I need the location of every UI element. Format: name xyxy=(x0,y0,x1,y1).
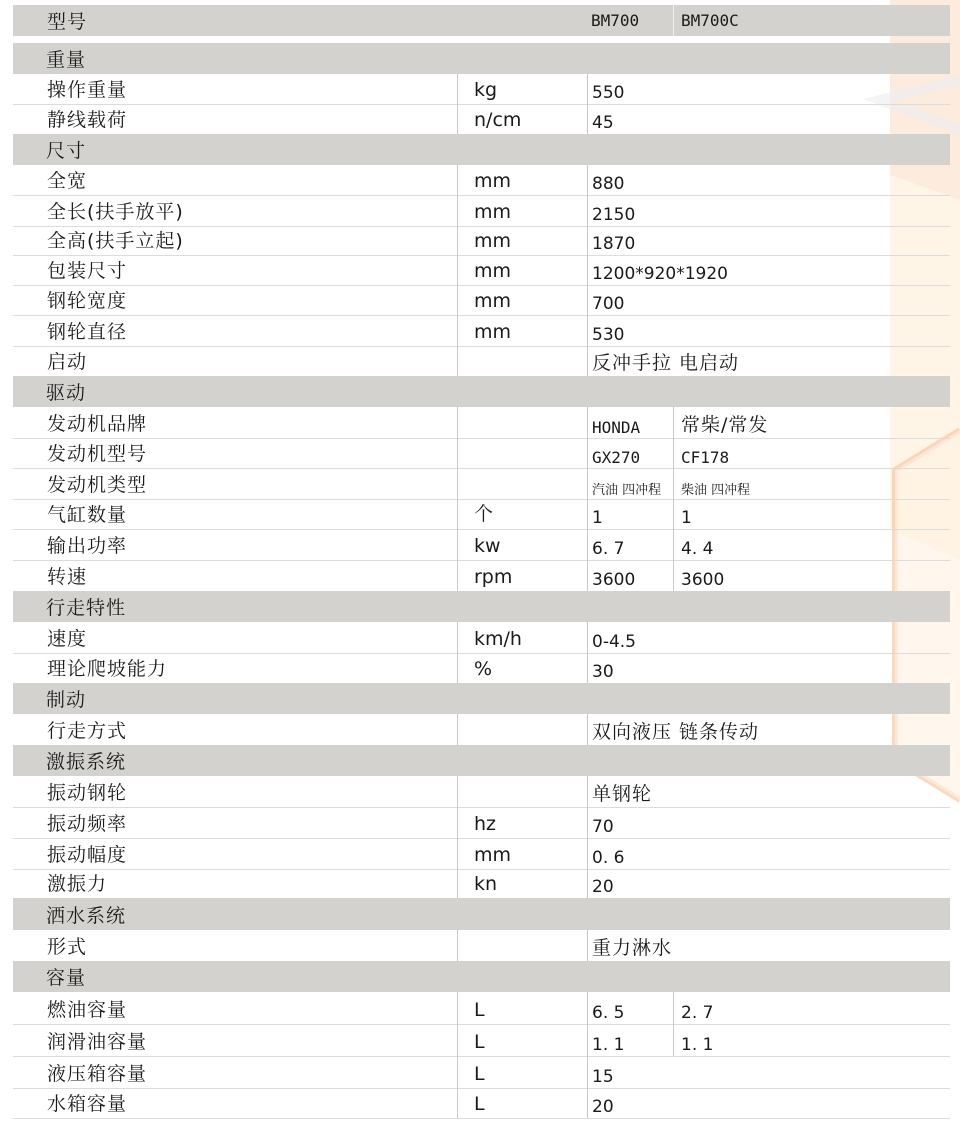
spec-unit: L xyxy=(457,1024,587,1056)
spec-value-bm700: 45 xyxy=(587,104,673,134)
spec-label: 静线载荷 xyxy=(47,104,457,134)
spec-value-bm700c: 4. 4 xyxy=(673,529,873,560)
spec-value-bm700: 1 xyxy=(587,499,673,529)
spec-value-bm700: 汽油 四冲程 xyxy=(587,468,673,499)
spec-value-bm700: 70 xyxy=(587,807,673,838)
spec-row: 全宽mm880 xyxy=(13,165,950,196)
spec-label: 水箱容量 xyxy=(47,1088,457,1118)
section-title: 激振系统 xyxy=(46,745,456,776)
spec-row: 全高(扶手立起)mm1870 xyxy=(13,226,950,256)
spec-unit xyxy=(457,438,587,468)
spec-value-bm700: 6. 7 xyxy=(587,529,673,560)
spec-unit: mm xyxy=(457,165,587,195)
spec-value-bm700c: 3600 xyxy=(673,560,873,591)
spec-row: 形式重力淋水 xyxy=(13,930,950,962)
spec-label: 钢轮直径 xyxy=(47,315,457,346)
spec-label: 输出功率 xyxy=(47,529,457,560)
section-title: 洒水系统 xyxy=(46,898,456,930)
spec-row: 钢轮直径mm530 xyxy=(13,315,950,347)
spec-value-bm700: HONDA xyxy=(587,407,673,438)
spec-row: 振动幅度mm0. 6 xyxy=(13,838,950,870)
spec-row: 启动反冲手拉 电启动 xyxy=(13,346,950,377)
spec-value-bm700: 0. 6 xyxy=(587,838,673,869)
spec-label: 发动机型号 xyxy=(47,438,457,468)
spec-value-bm700c: 2. 7 xyxy=(673,992,873,1024)
spec-label: 发动机类型 xyxy=(47,468,457,499)
section-header: 尺寸 xyxy=(13,134,950,165)
spec-unit xyxy=(457,346,587,376)
spec-unit: mm xyxy=(457,315,587,346)
section-header: 驱动 xyxy=(13,376,950,407)
spec-value-bm700: 1200*920*1920 xyxy=(587,255,673,285)
spec-value-bm700: 15 xyxy=(587,1056,673,1088)
header-row: 型号 BM700 BM700C xyxy=(13,5,950,36)
spec-unit: kg xyxy=(457,74,587,104)
spec-label: 发动机品牌 xyxy=(47,407,457,438)
section-header: 容量 xyxy=(13,961,950,992)
section-header: 激振系统 xyxy=(13,745,950,776)
spec-label: 行走方式 xyxy=(47,714,457,745)
spec-row: 发动机类型汽油 四冲程柴油 四冲程 xyxy=(13,468,950,500)
spec-unit: mm xyxy=(457,838,587,869)
spec-value-bm700: 1870 xyxy=(587,226,673,255)
spec-unit: % xyxy=(457,653,587,683)
spec-label: 燃油容量 xyxy=(47,992,457,1024)
spec-row: 输出功率kw6. 74. 4 xyxy=(13,529,950,561)
spec-value-bm700c: 柴油 四冲程 xyxy=(673,468,873,499)
spec-value-bm700c: CF178 xyxy=(673,438,873,468)
spec-row: 激振力kn20 xyxy=(13,869,950,899)
spec-unit xyxy=(457,468,587,499)
spec-row: 静线载荷n/cm45 xyxy=(13,104,950,135)
spec-unit: hz xyxy=(457,807,587,838)
spec-unit: mm xyxy=(457,226,587,255)
model-bm700: BM700 xyxy=(587,5,673,36)
model-label: 型号 xyxy=(47,5,457,36)
spec-unit: L xyxy=(457,992,587,1024)
spec-label: 转速 xyxy=(47,560,457,591)
spec-value-bm700: 20 xyxy=(587,869,673,898)
spec-label: 操作重量 xyxy=(47,74,457,104)
spec-row: 转速rpm36003600 xyxy=(13,560,950,592)
spec-unit xyxy=(457,407,587,438)
spec-value-bm700: 700 xyxy=(587,285,673,315)
spec-value-bm700: 530 xyxy=(587,315,673,346)
model-bm700c: BM700C xyxy=(673,5,873,36)
spec-value-bm700: 550 xyxy=(587,74,673,104)
section-title: 容量 xyxy=(46,961,456,992)
spec-value-bm700: 20 xyxy=(587,1088,673,1118)
spec-unit: rpm xyxy=(457,560,587,591)
spec-value-bm700: 880 xyxy=(587,165,673,195)
section-title: 尺寸 xyxy=(46,134,456,165)
spec-value-bm700: GX270 xyxy=(587,438,673,468)
spec-value-bm700c: 1 xyxy=(673,499,873,529)
spec-label: 全宽 xyxy=(47,165,457,195)
spec-row: 发动机品牌HONDA常柴/常发 xyxy=(13,407,950,439)
spec-unit xyxy=(457,776,587,807)
spec-unit: mm xyxy=(457,255,587,285)
spec-row: 包装尺寸mm1200*920*1920 xyxy=(13,255,950,286)
spec-label: 全高(扶手立起) xyxy=(47,226,457,255)
spec-unit: L xyxy=(457,1056,587,1088)
spec-row: 气缸数量个11 xyxy=(13,499,950,530)
spec-label: 全长(扶手放平) xyxy=(47,195,457,226)
spec-label: 理论爬坡能力 xyxy=(47,653,457,683)
spec-row: 燃油容量L6. 52. 7 xyxy=(13,992,950,1025)
spec-row: 速度km/h0-4.5 xyxy=(13,622,950,654)
section-title: 重量 xyxy=(46,43,456,74)
spec-value-bm700: 6. 5 xyxy=(587,992,673,1024)
spec-row: 水箱容量L20 xyxy=(13,1088,950,1119)
spec-value-bm700: 反冲手拉 电启动 xyxy=(587,346,887,376)
spec-row: 全长(扶手放平)mm2150 xyxy=(13,195,950,227)
section-title: 驱动 xyxy=(46,376,456,407)
section-header: 重量 xyxy=(13,43,950,74)
spec-unit: n/cm xyxy=(457,104,587,134)
section-header: 制动 xyxy=(13,683,950,714)
spec-value-bm700c: 常柴/常发 xyxy=(673,407,873,438)
spec-label: 激振力 xyxy=(47,869,457,898)
spec-row: 润滑油容量L1. 11. 1 xyxy=(13,1024,950,1057)
spec-row: 理论爬坡能力%30 xyxy=(13,653,950,684)
spec-label: 液压箱容量 xyxy=(47,1056,457,1088)
section-header: 行走特性 xyxy=(13,591,950,622)
spec-label: 振动幅度 xyxy=(47,838,457,869)
spec-row: 钢轮宽度mm700 xyxy=(13,285,950,316)
spec-unit: mm xyxy=(457,285,587,315)
spec-label: 包装尺寸 xyxy=(47,255,457,285)
spec-row: 行走方式双向液压 链条传动 xyxy=(13,714,950,746)
spec-label: 钢轮宽度 xyxy=(47,285,457,315)
spec-row: 振动钢轮单钢轮 xyxy=(13,776,950,808)
section-title: 制动 xyxy=(46,683,456,714)
spec-unit: kn xyxy=(457,869,587,898)
spec-row: 振动频率hz70 xyxy=(13,807,950,839)
spec-label: 振动频率 xyxy=(47,807,457,838)
spec-label: 启动 xyxy=(47,346,457,376)
spec-unit xyxy=(457,930,587,961)
spec-value-bm700: 重力淋水 xyxy=(587,930,887,961)
section-header: 洒水系统 xyxy=(13,898,950,930)
spec-value-bm700: 单钢轮 xyxy=(587,776,887,807)
spec-label: 速度 xyxy=(47,622,457,653)
spec-unit: kw xyxy=(457,529,587,560)
spec-value-bm700: 1. 1 xyxy=(587,1024,673,1056)
spec-value-bm700: 2150 xyxy=(587,195,673,226)
spec-label: 气缸数量 xyxy=(47,499,457,529)
spec-value-bm700: 双向液压 链条传动 xyxy=(587,714,887,745)
spec-row: 操作重量kg550 xyxy=(13,74,950,105)
spec-unit: mm xyxy=(457,195,587,226)
spec-unit: 个 xyxy=(457,499,587,529)
spec-value-bm700c: 1. 1 xyxy=(673,1024,873,1056)
spec-label: 振动钢轮 xyxy=(47,776,457,807)
section-title: 行走特性 xyxy=(46,591,456,622)
spec-unit xyxy=(457,714,587,745)
spec-value-bm700: 0-4.5 xyxy=(587,622,673,653)
spec-value-bm700: 30 xyxy=(587,653,673,683)
spec-unit: km/h xyxy=(457,622,587,653)
spec-value-bm700: 3600 xyxy=(587,560,673,591)
spec-unit: L xyxy=(457,1088,587,1118)
spec-label: 形式 xyxy=(47,930,457,961)
spec-row: 液压箱容量L15 xyxy=(13,1056,950,1089)
spec-label: 润滑油容量 xyxy=(47,1024,457,1056)
spec-row: 发动机型号GX270CF178 xyxy=(13,438,950,469)
